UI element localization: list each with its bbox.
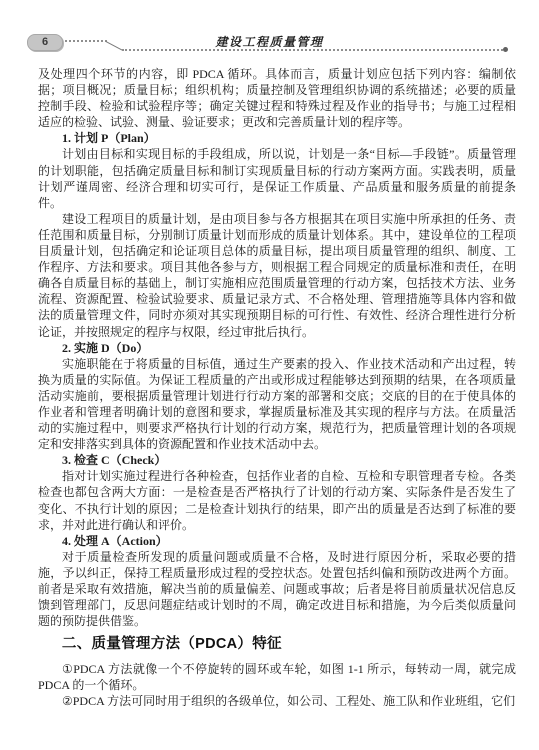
book-page: 6 建设工程质量管理 及处理四个环节的内容，即 PDCA 循环。具体而言，质量计… [0, 0, 539, 750]
paragraph-plan-function: 计划由目标和实现目标的手段组成，所以说，计划是一条“目标—手段链”。质量管理的计… [38, 146, 516, 210]
paragraph-pdca-feature-1: ①PDCA 方法就像一个不停旋转的圆环或车轮，如图 1-1 所示，每转动一周，就… [38, 661, 516, 693]
running-head-title: 建设工程质量管理 [0, 33, 539, 50]
subheading-plan: 1. 计划 P（Plan） [38, 130, 516, 146]
paragraph-pdca-feature-2: ②PDCA 方法可同时用于组织的各级单位，如公司、工程处、施工队和作业班组，它们 [38, 693, 516, 709]
subheading-do: 2. 实施 D（Do） [38, 340, 516, 356]
page-header: 6 建设工程质量管理 [0, 0, 539, 62]
paragraph-check-function: 指对计划实施过程进行各种检查，包括作业者的自检、互检和专职管理者专检。各类检查也… [38, 468, 516, 532]
paragraph-quality-plan-contents: 及处理四个环节的内容，即 PDCA 循环。具体而言，质量计划应包括下列内容：编制… [38, 66, 516, 130]
subheading-check: 3. 检查 C（Check） [38, 452, 516, 468]
subheading-action: 4. 处理 A（Action） [38, 533, 516, 549]
paragraph-project-quality-plan: 建设工程项目的质量计划，是由项目参与各方根据其在项目实施中所承担的任务、责任范围… [38, 211, 516, 340]
paragraph-do-function: 实施职能在于将质量的目标值，通过生产要素的投入、作业技术活动和产出过程，转换为质… [38, 356, 516, 453]
section-heading-pdca-features: 二、质量管理方法（PDCA）特征 [38, 635, 516, 653]
page-body: 及处理四个环节的内容，即 PDCA 循环。具体而言，质量计划应包括下列内容：编制… [38, 66, 516, 710]
paragraph-action-function: 对于质量检查所发现的质量问题或质量不合格，及时进行原因分析，采取必要的措施，予以… [38, 549, 516, 629]
